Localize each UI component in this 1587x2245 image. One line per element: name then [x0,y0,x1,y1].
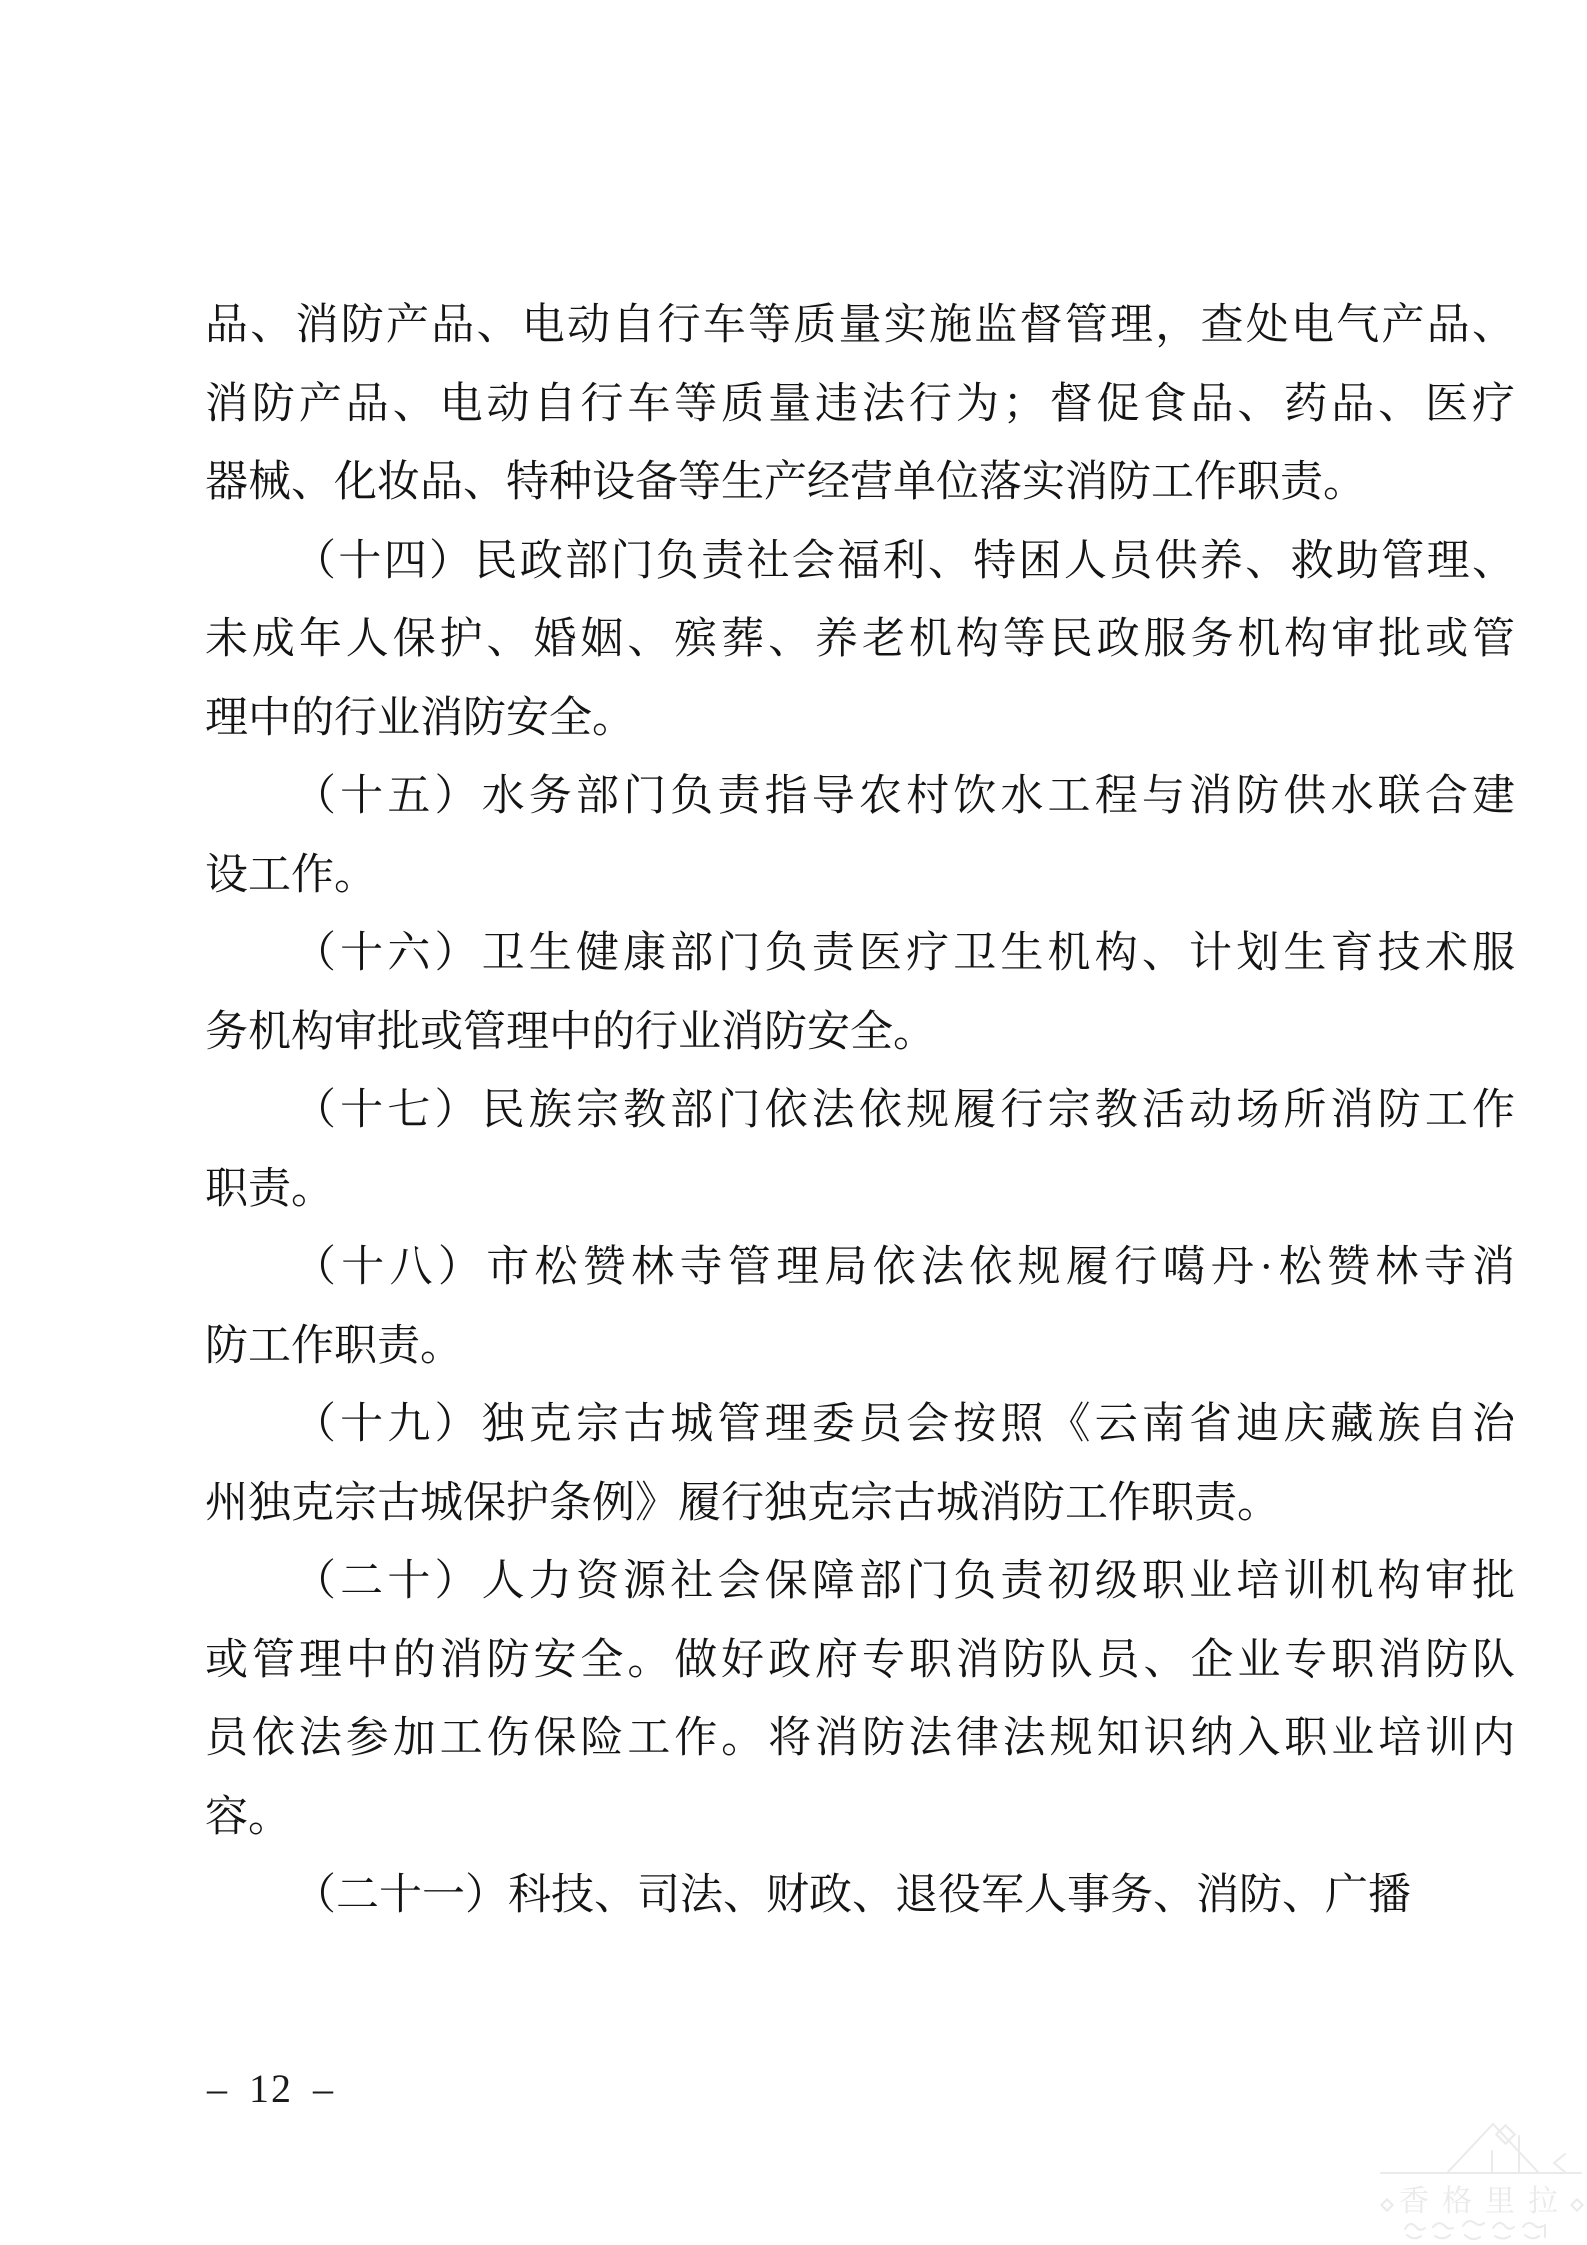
text-line: （二十一）科技、司法、财政、退役军人事务、消防、广播 [205,1857,1515,1936]
document-page: 品、消防产品、电动自行车等质量实施监督管理，查处电气产品、消防产品、电动自行车等… [0,0,1587,2245]
text-line: （十九）独克宗古城管理委员会按照《云南省迪庆藏族自治 [205,1386,1515,1465]
text-line: 防工作职责。 [205,1308,1515,1387]
text-line: 职责。 [205,1151,1515,1230]
shangri-la-watermark: 香格里拉 [1379,2117,1587,2245]
text-line: 或管理中的消防安全。做好政府专职消防队员、企业专职消防队 [205,1622,1515,1701]
text-line: 务机构审批或管理中的行业消防安全。 [205,994,1515,1073]
text-line: 消防产品、电动自行车等质量违法行为；督促食品、药品、医疗 [205,366,1515,445]
watermark-title-text: 香格里拉 [1399,2185,1571,2218]
text-line: （十四）民政部门负责社会福利、特困人员供养、救助管理、 [205,523,1515,602]
watermark-chevron [1554,2154,1565,2172]
text-line: （十七）民族宗教部门依法依规履行宗教活动场所消防工作 [205,1072,1515,1151]
text-block: 品、消防产品、电动自行车等质量实施监督管理，查处电气产品、消防产品、电动自行车等… [205,287,1515,1936]
text-line: 州独克宗古城保护条例》履行独克宗古城消防工作职责。 [205,1465,1515,1544]
text-line: 理中的行业消防安全。 [205,680,1515,759]
text-line: （十五）水务部门负责指导农村饮水工程与消防供水联合建 [205,758,1515,837]
watermark-mountain [1447,2124,1538,2173]
text-line: 员依法参加工伤保险工作。将消防法律法规知识纳入职业培训内 [205,1700,1515,1779]
tibetan-script-line [1405,2221,1545,2239]
text-line: 器械、化妆品、特种设备等生产经营单位落实消防工作职责。 [205,444,1515,523]
text-line: （二十）人力资源社会保障部门负责初级职业培训机构审批 [205,1543,1515,1622]
text-line: 设工作。 [205,837,1515,916]
text-line: 容。 [205,1779,1515,1858]
watermark-diamond-flag [1496,2125,1514,2143]
text-line: 未成年人保护、婚姻、殡葬、养老机构等民政服务机构审批或管 [205,601,1515,680]
text-line: （十八）市松赞林寺管理局依法依规履行噶丹·松赞林寺消 [205,1229,1515,1308]
text-line: 品、消防产品、电动自行车等质量实施监督管理，查处电气产品、 [205,287,1515,366]
watermark-logo-icon: 香格里拉 [1379,2117,1587,2245]
text-line: （十六）卫生健康部门负责医疗卫生机构、计划生育技术服 [205,915,1515,994]
watermark-left-diamond [1381,2199,1392,2210]
page-number: – 12 – [207,2068,335,2110]
watermark-right-diamond [1571,2199,1582,2210]
